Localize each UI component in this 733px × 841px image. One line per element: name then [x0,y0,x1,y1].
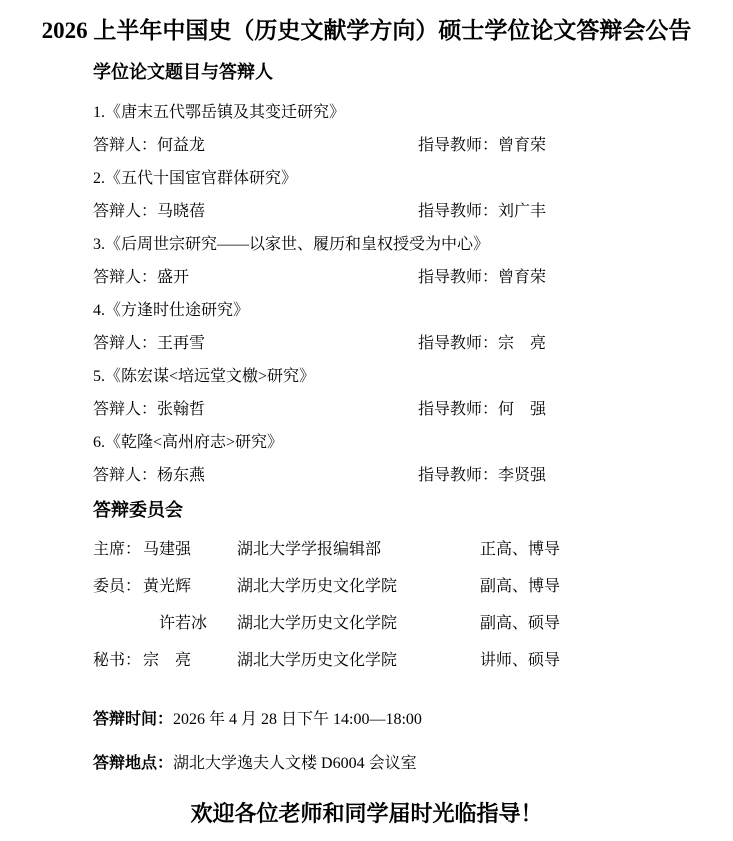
thesis-title-text: 《唐末五代鄂岳镇及其变迁研究》 [105,104,345,121]
advisor-label: 指导教师： [418,269,498,286]
defender-cell: 答辩人：马晓蓓 [93,195,418,228]
committee-table: 主席：马建强湖北大学学报编辑部正高、博导 委员：黄光辉湖北大学历史文化学院副高、… [93,531,723,679]
committee-role: 委员： [93,568,143,605]
advisor-cell: 指导教师：何 强 [418,401,546,418]
welcome-message: 欢迎各位老师和同学届时光临指导！ [0,797,733,828]
document-title: 2026 上半年中国史（历史文献学方向）硕士学位论文答辩会公告 [0,12,733,45]
committee-affiliation: 湖北大学学报编辑部 [237,531,480,568]
advisor-label: 指导教师： [418,137,498,154]
advisor-cell: 指导教师：曾育荣 [418,137,546,154]
committee-name: 宗 亮 [143,642,237,679]
committee-affiliation: 湖北大学历史文化学院 [237,642,480,679]
defender-name: 张翰哲 [157,401,205,418]
advisor-label: 指导教师： [418,467,498,484]
defender-cell: 答辩人：何益龙 [93,129,418,162]
committee-name: 许若冰 [143,605,237,642]
advisor-label: 指导教师： [418,203,498,220]
advisor-name: 刘广丰 [498,203,546,220]
advisor-name: 何 强 [498,401,546,418]
committee-role: 秘书： [93,642,143,679]
defender-cell: 答辩人：王再雪 [93,327,418,360]
defense-time-label: 答辩时间： [93,711,173,728]
thesis-number: 2. [93,170,105,187]
advisor-label: 指导教师： [418,335,498,352]
thesis-number: 1. [93,104,105,121]
committee-section-heading: 答辩委员会 [93,496,183,522]
thesis-people-line: 答辩人：杨东燕指导教师：李贤强 [93,459,723,492]
committee-row: 秘书：宗 亮湖北大学历史文化学院讲师、硕导 [93,642,723,679]
advisor-name: 李贤强 [498,467,546,484]
thesis-people-line: 答辩人：盛开指导教师：曾育荣 [93,261,723,294]
thesis-number: 4. [93,302,105,319]
defense-venue-line: 答辩地点：湖北大学逸夫人文楼 D6004 会议室 [93,749,417,779]
committee-affiliation: 湖北大学历史文化学院 [237,605,480,642]
theses-list: 1.《唐末五代鄂岳镇及其变迁研究》 答辩人：何益龙指导教师：曾育荣 2.《五代十… [93,96,723,492]
thesis-people-line: 答辩人：王再雪指导教师：宗 亮 [93,327,723,360]
thesis-title-line: 2.《五代十国宦官群体研究》 [93,162,723,195]
defender-label: 答辩人： [93,203,157,220]
committee-role: 主席： [93,531,143,568]
committee-rank: 讲师、硕导 [480,642,723,679]
advisor-name: 曾育荣 [498,137,546,154]
advisor-name: 曾育荣 [498,269,546,286]
thesis-number: 3. [93,236,105,253]
thesis-title-line: 5.《陈宏谋<培远堂文檄>研究》 [93,360,723,393]
defender-cell: 答辩人：张翰哲 [93,393,418,426]
committee-rank: 副高、硕导 [480,605,723,642]
defender-cell: 答辩人：盛开 [93,261,418,294]
defender-label: 答辩人： [93,335,157,352]
committee-name: 黄光辉 [143,568,237,605]
defender-label: 答辩人： [93,137,157,154]
advisor-cell: 指导教师：宗 亮 [418,335,546,352]
defense-time-line: 答辩时间：2026 年 4 月 28 日下午 14:00—18:00 [93,705,422,735]
committee-role [93,605,143,642]
defender-name: 盛开 [157,269,189,286]
theses-section-heading: 学位论文题目与答辩人 [93,58,273,84]
thesis-title-line: 6.《乾隆<高州府志>研究》 [93,426,723,459]
committee-name: 马建强 [143,531,237,568]
defender-label: 答辩人： [93,269,157,286]
defender-name: 王再雪 [157,335,205,352]
thesis-title-text: 《后周世宗研究——以家世、履历和皇权授受为中心》 [105,236,489,253]
advisor-cell: 指导教师：李贤强 [418,467,546,484]
thesis-title-text: 《乾隆<高州府志>研究》 [105,434,283,451]
thesis-people-line: 答辩人：张翰哲指导教师：何 强 [93,393,723,426]
advisor-label: 指导教师： [418,401,498,418]
committee-row: 委员：黄光辉湖北大学历史文化学院副高、博导 [93,568,723,605]
thesis-title-line: 3.《后周世宗研究——以家世、履历和皇权授受为中心》 [93,228,723,261]
thesis-title-text: 《五代十国宦官群体研究》 [105,170,297,187]
thesis-title-text: 《陈宏谋<培远堂文檄>研究》 [105,368,315,385]
defender-name: 马晓蓓 [157,203,205,220]
defender-label: 答辩人： [93,401,157,418]
thesis-number: 6. [93,434,105,451]
committee-row: 许若冰湖北大学历史文化学院副高、硕导 [93,605,723,642]
committee-affiliation: 湖北大学历史文化学院 [237,568,480,605]
advisor-cell: 指导教师：刘广丰 [418,203,546,220]
defense-venue-label: 答辩地点： [93,755,173,772]
thesis-people-line: 答辩人：何益龙指导教师：曾育荣 [93,129,723,162]
committee-row: 主席：马建强湖北大学学报编辑部正高、博导 [93,531,723,568]
committee-rank: 副高、博导 [480,568,723,605]
defender-cell: 答辩人：杨东燕 [93,459,418,492]
thesis-number: 5. [93,368,105,385]
defender-label: 答辩人： [93,467,157,484]
defense-venue-value: 湖北大学逸夫人文楼 D6004 会议室 [173,755,417,772]
defender-name: 杨东燕 [157,467,205,484]
advisor-cell: 指导教师：曾育荣 [418,269,546,286]
announcement-document: 2026 上半年中国史（历史文献学方向）硕士学位论文答辩会公告 学位论文题目与答… [0,0,733,841]
thesis-title-line: 1.《唐末五代鄂岳镇及其变迁研究》 [93,96,723,129]
thesis-title-line: 4.《方逢时仕途研究》 [93,294,723,327]
defense-time-value: 2026 年 4 月 28 日下午 14:00—18:00 [173,711,422,728]
thesis-people-line: 答辩人：马晓蓓指导教师：刘广丰 [93,195,723,228]
thesis-title-text: 《方逢时仕途研究》 [105,302,249,319]
defender-name: 何益龙 [157,137,205,154]
advisor-name: 宗 亮 [498,335,546,352]
committee-rank: 正高、博导 [480,531,723,568]
